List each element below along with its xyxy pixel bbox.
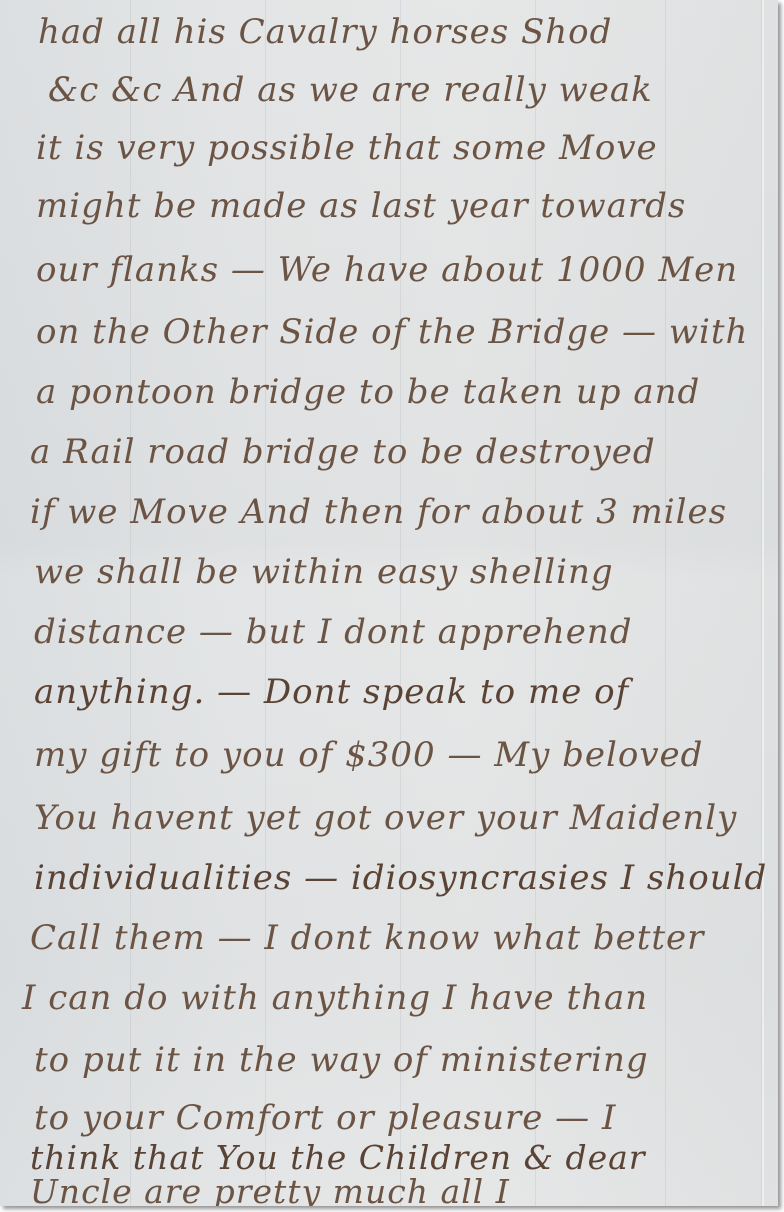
letter-line: distance — but I dont apprehend	[34, 612, 633, 652]
letter-line: had all his Cavalry horses Shod	[38, 12, 612, 52]
letter-line: our flanks — We have about 1000 Men	[36, 250, 738, 290]
paper-fold-edge	[761, 0, 764, 1206]
letter-line: we shall be within easy shelling	[34, 552, 614, 592]
letter-page: had all his Cavalry horses Shod &c &c An…	[0, 0, 778, 1206]
paper-ruling	[265, 0, 266, 1206]
paper-ruling	[130, 0, 131, 1206]
letter-line: &c &c And as we are really weak	[48, 70, 653, 110]
letter-line: might be made as last year towards	[36, 186, 686, 226]
letter-line: to your Comfort or pleasure — I	[34, 1098, 616, 1138]
letter-line: Uncle are pretty much all I	[30, 1172, 510, 1206]
paper-ruling	[665, 0, 666, 1206]
letter-line: I can do with anything I have than	[22, 978, 648, 1018]
letter-line: if we Move And then for about 3 miles	[30, 492, 727, 532]
letter-line: on the Other Side of the Bridge — with	[36, 312, 748, 352]
letter-line: individualities — idiosyncrasies I shoul…	[34, 858, 767, 898]
letter-line: a Rail road bridge to be destroyed	[30, 432, 656, 472]
letter-line: to put it in the way of ministering	[34, 1040, 649, 1080]
letter-line: anything. — Dont speak to me of	[34, 672, 629, 712]
paper-ruling	[535, 0, 536, 1206]
scan-frame: had all his Cavalry horses Shod &c &c An…	[0, 0, 784, 1212]
letter-line: my gift to you of $300 — My beloved	[34, 735, 703, 775]
letter-line: it is very possible that some Move	[36, 128, 658, 168]
letter-line: a pontoon bridge to be taken up and	[36, 372, 700, 412]
paper-ruling	[400, 0, 401, 1206]
letter-line: Call them — I dont know what better	[30, 918, 704, 958]
letter-line: You havent yet got over your Maidenly	[34, 798, 737, 838]
